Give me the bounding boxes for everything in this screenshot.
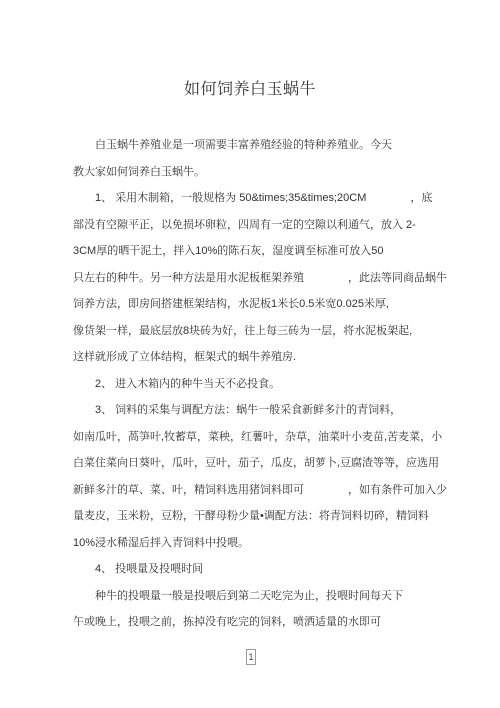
- text-line: 教大家如何饲养白玉蜗牛。: [73, 159, 433, 186]
- document-page: 如何饲养白玉蜗牛 白玉蜗牛养殖业是一项需要丰富养殖经验的特种养殖业。今天教大家如…: [0, 0, 500, 708]
- page-number-box: 1: [246, 649, 256, 665]
- document-title: 如何饲养白玉蜗牛: [0, 76, 500, 99]
- text-line: 3CM厚的晒干泥土，拌入10%的陈石灰，湿度调至标准可放入50: [73, 238, 433, 265]
- text-line: 如南瓜叶，萵笋叶,牧蓄草，菜秧，红薯叶，杂草，油菜叶小麦苗,苦麦菜，小: [73, 424, 433, 451]
- text-line: 2、 进入木箱内的种牛当天不必投食。: [73, 371, 433, 398]
- text-line: 午或晚上，投喂之前，拣掉没有吃完的饲料，喷洒适量的水即可: [73, 609, 433, 636]
- text-line: 白玉蜗牛养殖业是一项需要丰富养殖经验的特种养殖业。今天: [73, 132, 433, 159]
- text-line: 白菜住菜向日葵叶，瓜叶，豆叶，茄子，瓜皮，胡萝卜,豆腐渣等等，应选用: [73, 450, 433, 477]
- text-line: 3、 饲料的采集与调配方法：蜗牛一般采食新鲜多汁的青饲料，: [73, 397, 433, 424]
- text-line: 这样就形成了立体结构，框架式的蜗牛养殖房.: [73, 344, 433, 371]
- text-line: 4、 投喂量及投喂时间: [73, 556, 433, 583]
- text-line: 10%浸水稀湿后拌入青饲料中投喂。: [73, 530, 433, 557]
- document-body: 白玉蜗牛养殖业是一项需要丰富养殖经验的特种养殖业。今天教大家如何饲养白玉蜗牛。1…: [73, 132, 433, 636]
- text-line: 量麦皮，玉米粉，豆粉，干酵母粉少量•调配方法：将青饲料切碎，精饲料: [73, 503, 433, 530]
- text-line: 种牛的投喂量一般是投喂后到第二天吃完为止，投喂时间每天下: [73, 583, 433, 610]
- text-line: 新鲜多汁的草、菜、叶，精饲料选用猪饲料即可 ，如有条件可加入少: [73, 477, 433, 504]
- text-line: 饲养方法，即房间搭建框架结构，水泥板1米长0.5米宽0.025米厚,: [73, 291, 433, 318]
- text-line: 像货架一样，最底层放8块砖为好，往上每三砖为一层，将水泥板架起,: [73, 318, 433, 345]
- text-line: 只左右的种牛。另一种方法是用水泥板框架养殖 ，此法等同商品蜗牛: [73, 265, 433, 292]
- text-line: 1、 采用木制箱，一般规格为 50&times;35&times;20CM ，底: [73, 185, 433, 212]
- text-line: 部没有空隙平正，以免损坏卵粒，四周有一定的空隙以利通气，放入 2-: [73, 212, 433, 239]
